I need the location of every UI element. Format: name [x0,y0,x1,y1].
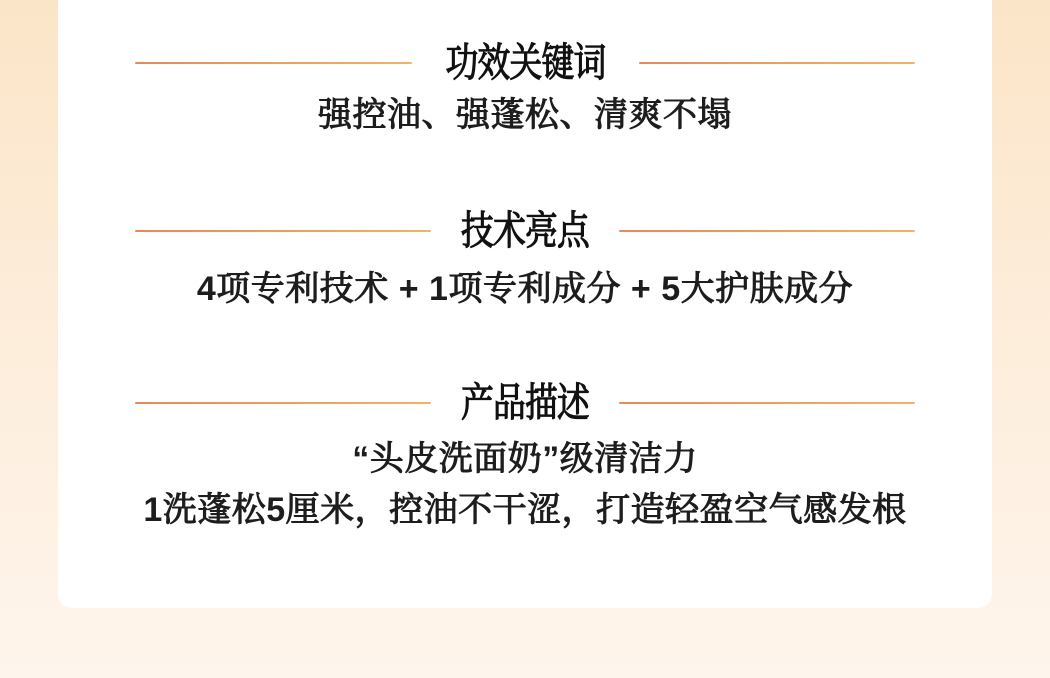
section-tech-highlights: 技术亮点 4项专利技术 + 1项专利成分 + 5大护肤成分 [58,206,992,309]
divider-line-right [619,230,915,232]
divider-line-left [135,62,412,64]
section-heading: 功效关键词 [135,38,915,88]
section-heading-text: 技术亮点 [461,206,589,256]
divider-line-left [135,230,431,232]
divider-line-right [619,402,915,404]
section-body-text: “头皮洗面奶”级清洁力 [58,439,992,479]
section-body-text: 4项专利技术 + 1项专利成分 + 5大护肤成分 [58,269,992,309]
section-product-description: 产品描述 “头皮洗面奶”级清洁力 1洗蓬松5厘米，控油不干涩，打造轻盈空气感发根 [58,378,992,530]
page-background: { "theme": { "bg-top": "#fbe5c8", "bg-mi… [0,0,1050,678]
section-body-text: 强控油、强蓬松、清爽不塌 [58,95,992,135]
section-heading: 产品描述 [135,378,915,428]
section-body-text: 1洗蓬松5厘米，控油不干涩，打造轻盈空气感发根 [58,490,992,530]
section-heading: 技术亮点 [135,206,915,256]
section-heading-text: 产品描述 [461,378,589,428]
section-heading-text: 功效关键词 [445,38,605,88]
divider-line-left [135,402,431,404]
section-efficacy-keywords: 功效关键词 强控油、强蓬松、清爽不塌 [58,38,992,135]
content-panel: 功效关键词 强控油、强蓬松、清爽不塌 技术亮点 4项专利技术 + 1项专利成分 … [58,0,992,608]
divider-line-right [639,62,916,64]
